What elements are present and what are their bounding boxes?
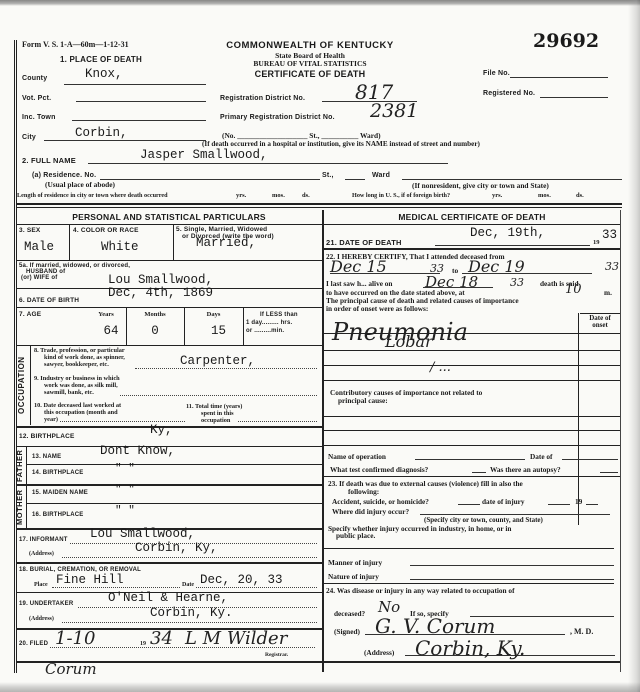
specify-place-field[interactable] [324, 548, 614, 549]
registrar-label: Registrar. [265, 652, 288, 658]
accident-label: Accident, suicide, or homicide? [332, 497, 429, 506]
deceased-label: deceased? [334, 609, 365, 618]
md-label: , M. D. [570, 627, 593, 636]
where-injury-field[interactable] [420, 514, 610, 515]
mother-birthplace-label: 16. BIRTHPLACE [32, 512, 83, 518]
column-divider [322, 210, 324, 672]
total-time-label-line3: occupation [186, 417, 242, 424]
occupation-side-label: OCCUPATION [17, 348, 26, 422]
inc-town-field[interactable] [72, 120, 206, 121]
cause-line-3 [324, 365, 620, 366]
row-divider [16, 345, 322, 346]
county-value[interactable]: Knox, [85, 67, 123, 81]
onset-column-divider [578, 313, 579, 525]
trade-label-line1: 8. Trade, profession, or particular [34, 347, 125, 354]
less-label-line3: or .........min. [246, 327, 298, 335]
residence-ward-field[interactable] [402, 179, 622, 180]
medical-heading: MEDICAL CERTIFICATE OF DEATH [324, 212, 620, 222]
title-certificate: CERTIFICATE OF DEATH [200, 69, 420, 79]
date-of-death-year-prefix: 19 [593, 239, 600, 246]
burial-place-value[interactable]: Fine Hill [56, 573, 124, 587]
total-time-label-line2: spent in this [186, 410, 242, 417]
filed-year-prefix: 19 [140, 641, 146, 647]
personal-heading: PERSONAL AND STATISTICAL PARTICULARS [16, 212, 322, 222]
operation-date-label: Date of [530, 452, 553, 461]
vot-pct-label: Vot. Pct. [22, 95, 51, 102]
test-label: What test confirmed diagnosis? [330, 465, 428, 474]
primary-registration-label: Primary Registration District No. [220, 114, 335, 121]
length-ds-label: ds. [302, 192, 310, 199]
vot-pct-field[interactable] [76, 101, 206, 102]
bottom-signature: Corum [45, 660, 97, 678]
row-divider [26, 503, 322, 504]
total-time-label-line1: 11. Total time (years) [186, 403, 242, 410]
full-name-value[interactable]: Jasper Smallwood, [140, 148, 268, 162]
mother-maiden-label: 15. MAIDEN NAME [32, 490, 88, 496]
registration-district-label: Registration District No. [220, 95, 305, 102]
days-label: Days [184, 311, 243, 318]
physician-signature[interactable]: G. V. Corum [375, 614, 495, 638]
months-value[interactable]: 0 [126, 324, 184, 338]
last-saw-label: I last saw h... alive on [326, 279, 393, 288]
manner-injury-label: Manner of injury [328, 558, 382, 567]
row-divider [324, 224, 620, 225]
section-divider-thin [16, 207, 622, 208]
registrar-signature[interactable]: L M Wilder [185, 628, 287, 649]
contributory-label-line2: principal cause: [330, 397, 482, 405]
informant-label: 17. INFORMANT [19, 537, 68, 543]
industry-label-line1: 9. Industry or business in which [34, 375, 120, 382]
where-injury-label: Where did injury occur? [332, 507, 409, 516]
filed-label: 20. FILED [19, 641, 48, 647]
foreign-mos-label: mos. [538, 192, 551, 199]
mother-birthplace-value[interactable]: " " [115, 505, 135, 517]
cell-divider [173, 224, 174, 260]
principal-label-line2: in order of onset were as follows: [326, 305, 519, 313]
birthplace-label: 12. BIRTHPLACE [19, 433, 75, 440]
trade-label: 8. Trade, profession, or particular kind… [34, 347, 125, 368]
row-divider [16, 260, 322, 261]
days-value[interactable]: 15 [194, 324, 243, 338]
row-divider [324, 248, 620, 250]
last-worked-label-line1: 10. Date deceased last worked at [34, 402, 121, 409]
date-of-death-value[interactable]: Dec, 19th, [470, 226, 545, 240]
cause-2-value[interactable]: Lobar [385, 332, 433, 351]
hospital-note: (If death occurred in a hospital or inst… [202, 140, 480, 148]
industry-label-line3: sawmill, bank, etc. [34, 389, 120, 396]
row-divider [16, 484, 322, 486]
burial-date-label: Date [182, 582, 194, 588]
external-causes-label: 23. If death was due to external causes … [328, 480, 523, 496]
length-mos-label: mos. [272, 192, 285, 199]
row-divider [16, 307, 322, 308]
burial-place-label: Place [34, 582, 48, 588]
cause-line-2 [324, 350, 620, 351]
spouse-value[interactable]: Lou Smallwood, [108, 273, 213, 287]
file-no-label: File No. [483, 70, 510, 77]
informant-address-line [62, 557, 317, 558]
physician-address-label: (Address) [364, 648, 394, 657]
title-commonwealth: COMMONWEALTH OF KENTUCKY [200, 40, 420, 51]
street-note: (No. ___________________ St., __________… [222, 131, 381, 140]
specify-place-label: Specify whether injury occurred in indus… [328, 525, 511, 539]
residence-st-field[interactable] [345, 179, 365, 180]
marital-value[interactable]: Married, [196, 236, 256, 250]
injury-year-label: 19 [575, 497, 582, 506]
informant-address-value[interactable]: Corbin, Ky, [135, 541, 218, 555]
certificate-title: COMMONWEALTH OF KENTUCKY State Board of … [200, 40, 420, 79]
signed-label: (Signed) [334, 627, 360, 636]
row-divider [16, 562, 322, 564]
undertaker-address-label: (Address) [29, 616, 54, 622]
residence-field[interactable] [100, 179, 320, 180]
total-time-label: 11. Total time (years) spent in this occ… [186, 403, 242, 424]
full-name-label: 2. FULL NAME [22, 156, 76, 165]
last-worked-field[interactable] [60, 421, 185, 422]
years-label: Years [86, 311, 126, 318]
bottom-border [324, 661, 620, 663]
operation-date-field[interactable] [562, 459, 618, 460]
operation-field[interactable] [415, 459, 525, 460]
filed-year[interactable]: 34 [150, 628, 173, 649]
operation-label: Name of operation [328, 452, 386, 461]
scan-edge-top [0, 0, 640, 6]
contributory-line-2[interactable] [324, 430, 620, 431]
dob-label: 6. DATE OF BIRTH [19, 297, 79, 304]
industry-label-line2: work was done, as silk mill, [34, 382, 120, 389]
date-of-death-year[interactable]: 33 [602, 228, 617, 242]
autopsy-field[interactable] [600, 472, 618, 473]
burial-place-line [52, 587, 180, 588]
external-label-line2: following: [328, 488, 523, 496]
place-of-death-heading: 1. PLACE OF DEATH [60, 55, 142, 64]
row-divider [16, 224, 322, 225]
title-bureau: BUREAU OF VITAL STATISTICS [200, 60, 420, 68]
row-divider [26, 464, 322, 465]
nature-injury-label: Nature of injury [328, 572, 379, 581]
trade-label-line2: kind of work done, as spinner, [34, 354, 125, 361]
filed-value[interactable]: 1-10 [55, 628, 95, 649]
primary-registration-value[interactable]: 2381 [370, 100, 418, 122]
last-worked-label-line2: this occupation (month and [34, 409, 121, 416]
age-label: 7. AGE [19, 311, 41, 318]
informant-value[interactable]: Lou Smallwood, [90, 527, 195, 541]
contributory-label: Contributory causes of importance not re… [330, 389, 482, 405]
scan-edge-bottom [0, 682, 640, 692]
occurred-time[interactable]: 10 [565, 282, 582, 297]
industry-label: 9. Industry or business in which work wa… [34, 375, 120, 396]
autopsy-label: Was there an autopsy? [490, 465, 561, 474]
attended-to-line [462, 273, 592, 274]
undertaker-address-value[interactable]: Corbin, Ky. [150, 606, 233, 620]
injury-date-label: date of injury [482, 497, 525, 506]
industry-field[interactable] [120, 395, 317, 396]
mother-maiden-value[interactable]: " " [115, 484, 135, 496]
occupation-related-label: 24. Was disease or injury in any way rel… [326, 586, 515, 595]
onset-label-line2: onset [580, 322, 620, 329]
cause-line-1 [324, 333, 620, 334]
registered-no-label: Registered No. [483, 90, 535, 97]
sex-value[interactable]: Male [24, 240, 54, 254]
occurred-m: m. [604, 288, 612, 297]
date-of-death-label: 21. DATE OF DEATH [326, 238, 402, 247]
sex-label: 3. SEX [19, 227, 40, 234]
date-of-death-line [435, 245, 590, 246]
cell-divider [69, 224, 70, 260]
parents-side-divider [26, 446, 27, 530]
test-field[interactable] [472, 472, 486, 473]
contributory-line-1[interactable] [324, 416, 620, 417]
injury-date-field[interactable] [548, 504, 570, 505]
manner-injury-field[interactable] [410, 565, 614, 566]
less-than-day-label: If LESS than 1 day......... hrs. or ....… [246, 311, 298, 335]
less-label-line1: If LESS than [246, 311, 298, 319]
inc-town-label: Inc. Town [22, 114, 56, 121]
date-of-onset-label: Date of onset [580, 315, 620, 329]
burial-date-value[interactable]: Dec, 20, 33 [200, 573, 283, 587]
county-line [64, 84, 206, 85]
length-of-residence-label: Length of residence in city or town wher… [17, 192, 168, 199]
undertaker-address-line [62, 622, 317, 623]
informant-address-label: (Address) [29, 551, 54, 557]
county-label: County [22, 75, 47, 82]
accident-field[interactable] [458, 504, 480, 505]
physician-address-value[interactable]: Corbin, Ky. [415, 636, 525, 660]
right-border [620, 210, 621, 672]
birthplace-value[interactable]: Ky, [150, 423, 173, 437]
cause-line-4 [324, 380, 620, 381]
years-value[interactable]: 64 [96, 324, 126, 338]
principal-cause-label: The principal cause of death and related… [326, 297, 519, 313]
where-injury-note: (Specify city or town, county, and State… [424, 516, 543, 524]
nonresident-note: (If nonresident, give city or town and S… [412, 181, 549, 190]
specify-label-line2: public place. [328, 532, 511, 539]
form-number: Form V. S. 1-A—60m—1-12-31 [22, 40, 129, 49]
months-label: Months [126, 311, 184, 318]
race-label: 4. COLOR OR RACE [73, 227, 139, 234]
residence-st-label: St., [322, 172, 334, 179]
total-time-field[interactable] [238, 421, 317, 422]
certificate-number: 29692 [533, 30, 599, 52]
dob-value[interactable]: Dec, 4th, 1869 [108, 286, 213, 300]
father-name-label: 13. NAME [32, 454, 61, 460]
attended-from-line [330, 273, 440, 274]
contributory-line-3[interactable] [324, 445, 620, 446]
city-label: City [22, 134, 36, 141]
father-side-label: FATHER [15, 448, 24, 484]
trade-line [135, 368, 317, 369]
city-value[interactable]: Corbin, [75, 126, 128, 140]
row-divider [324, 476, 620, 477]
residence-sublabel: (Usual place of abode) [45, 180, 115, 189]
burial-date-line [196, 587, 317, 588]
attended-to-year[interactable]: 33 [605, 260, 619, 273]
less-label-line2: 1 day......... hrs. [246, 319, 298, 327]
last-saw-year[interactable]: 33 [510, 276, 524, 289]
father-name-value[interactable]: Dont Know, [100, 444, 175, 458]
section-divider [16, 203, 622, 205]
undertaker-label: 19. UNDERTAKER [19, 601, 73, 607]
residence-ward-label: Ward [372, 172, 390, 179]
cell-divider [243, 307, 244, 345]
injury-year-field[interactable] [586, 504, 598, 505]
occupation-side-divider [30, 345, 31, 425]
foreign-birth-label: How long in U. S., if of foreign birth? [352, 192, 450, 199]
foreign-ds-label: ds. [576, 192, 584, 199]
trade-label-line3: sawyer, bookkeeper, etc. [34, 361, 125, 368]
residence-label: (a) Residence. No. [32, 172, 96, 179]
registered-no-field[interactable] [540, 97, 608, 98]
foreign-yrs-label: yrs. [492, 192, 502, 199]
last-worked-label: 10. Date deceased last worked at this oc… [34, 402, 121, 423]
father-birthplace-label: 14. BIRTHPLACE [32, 470, 83, 476]
race-value[interactable]: White [101, 240, 139, 254]
cause-3-value[interactable]: / ... [430, 360, 451, 375]
full-name-line [88, 163, 448, 164]
length-yrs-label: yrs. [236, 192, 246, 199]
nature-injury-field[interactable] [410, 579, 614, 580]
mother-side-label: MOTHER [15, 486, 24, 528]
file-no-field[interactable] [510, 77, 608, 78]
city-line [44, 140, 206, 141]
undertaker-value[interactable]: O'Neil & Hearne, [108, 591, 228, 605]
father-birthplace-value[interactable]: " " [115, 463, 135, 475]
trade-value[interactable]: Carpenter, [180, 354, 255, 368]
row-divider [324, 583, 614, 584]
